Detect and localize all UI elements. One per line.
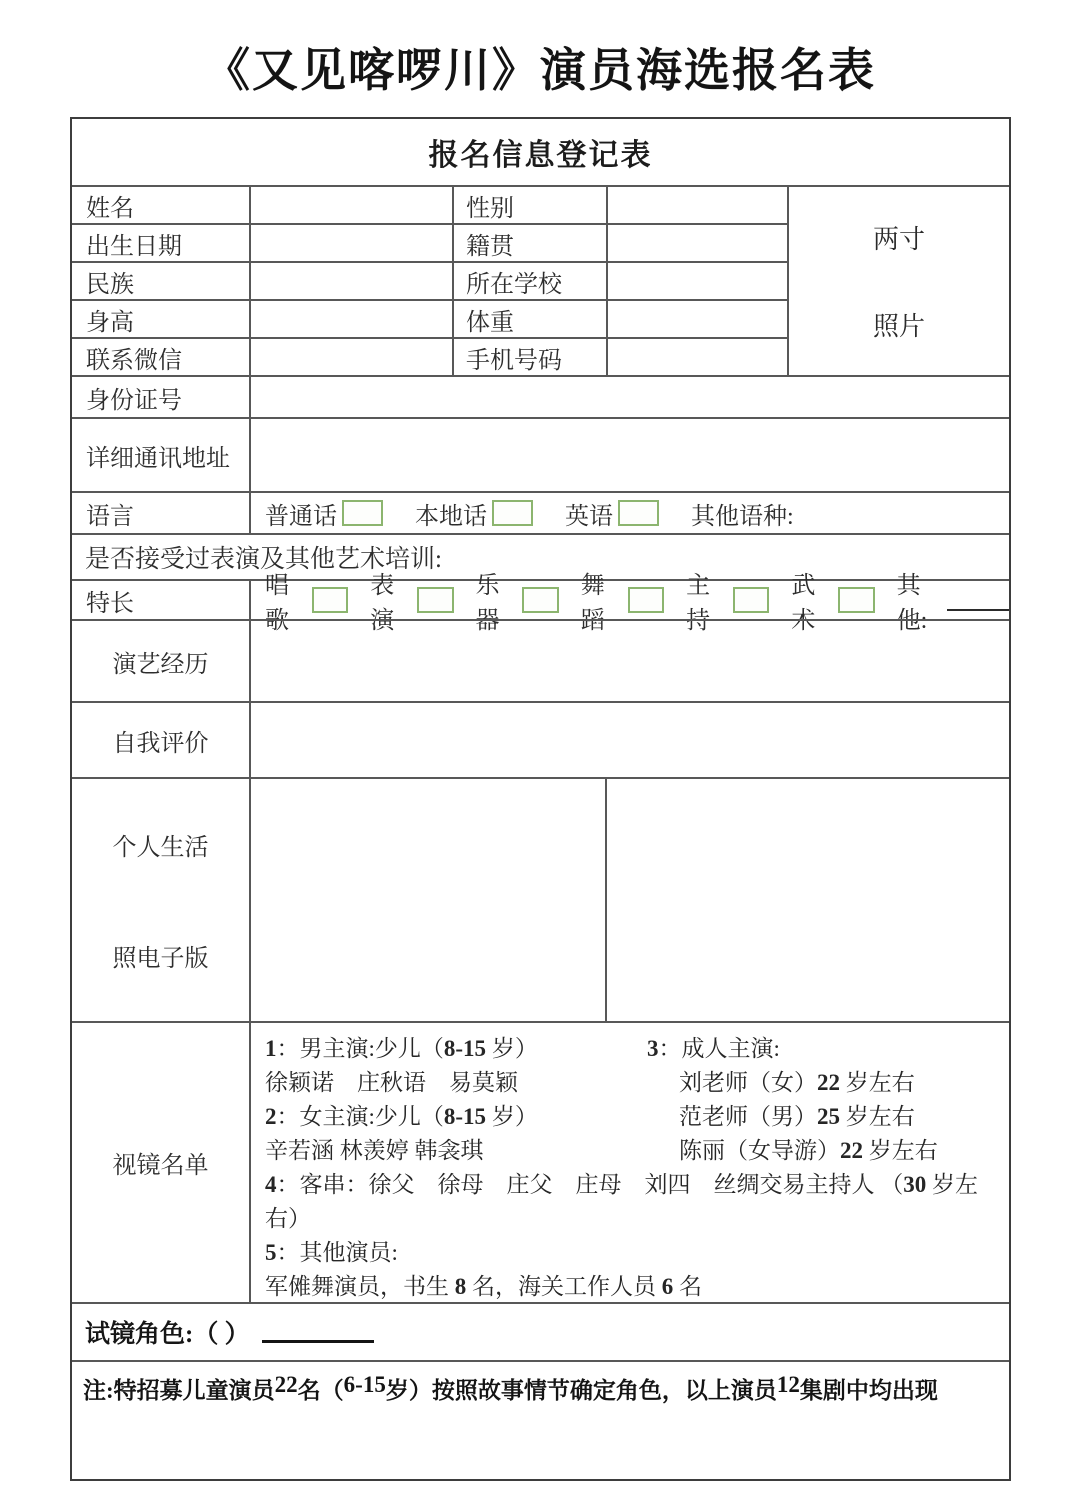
dance-checkbox[interactable] — [628, 587, 664, 613]
table-row: 语言 普通话 本地话 英语 其他语种: — [72, 491, 1009, 533]
experience-value-cell[interactable] — [249, 621, 1009, 701]
school-label: 所在学校 — [452, 263, 606, 299]
address-label: 详细通讯地址 — [72, 419, 249, 491]
hometown-value-cell[interactable] — [606, 225, 787, 261]
mandarin-label: 普通话 — [265, 496, 337, 531]
idcard-label: 身份证号 — [72, 377, 249, 417]
casting-line: 4：客串：徐父 徐母 庄父 庄母 刘四 丝绸交易主持人 （30 岁左 — [265, 1168, 1001, 1202]
casting-line: 右） — [265, 1202, 1001, 1236]
casting-line: 陈丽（女导游）22 岁左右 — [647, 1134, 1001, 1168]
photo-size-label: 两寸 — [873, 219, 925, 256]
table-row: 视镜名单 1：男主演:少儿（8-15 岁） 徐颖诺 庄秋语 易莫颖 2：女主演:… — [72, 1021, 1009, 1302]
table-header: 报名信息登记表 — [72, 119, 1009, 185]
local-dialect-checkbox[interactable] — [492, 500, 533, 526]
specialty-label: 特长 — [72, 581, 249, 619]
life-photo-label: 个人生活 照电子版 — [72, 779, 249, 1021]
table-row: 个人生活 照电子版 — [72, 777, 1009, 1021]
note-text: 注:特招募儿童演员 22 名（6-15 岁）按照故事情节确定角色，以上演员 12… — [72, 1360, 1009, 1479]
casting-line: 5：其他演员: — [265, 1236, 1001, 1270]
table-row: 自我评价 — [72, 701, 1009, 777]
idcard-value-cell[interactable] — [249, 377, 1009, 417]
registration-table: 报名信息登记表 姓名 性别 出生日期 籍贯 民族 所在学校 身高 — [70, 117, 1011, 1481]
photo-label: 照片 — [873, 306, 925, 343]
instrument-checkbox[interactable] — [522, 587, 558, 613]
casting-line: 军傩舞演员，书生 8 名，海关工作人员 6 名 — [265, 1270, 1001, 1304]
table-row: 详细通讯地址 — [72, 417, 1009, 491]
martial-arts-checkbox[interactable] — [838, 587, 874, 613]
self-eval-value-cell[interactable] — [249, 703, 1009, 777]
gender-label: 性别 — [452, 187, 606, 223]
casting-line: 徐颖诺 庄秋语 易莫颖 — [265, 1066, 647, 1100]
casting-line: 1：男主演:少儿（8-15 岁） — [265, 1032, 647, 1066]
other-language-label: 其他语种: — [691, 496, 794, 531]
audition-role-row: 试镜角色:（ ） — [72, 1302, 1009, 1360]
english-checkbox[interactable] — [618, 500, 659, 526]
language-label: 语言 — [72, 493, 249, 533]
english-label: 英语 — [565, 496, 613, 531]
language-options: 普通话 本地话 英语 其他语种: — [249, 493, 1009, 533]
wechat-value-cell[interactable] — [249, 339, 452, 375]
table-row: 出生日期 籍贯 — [72, 223, 787, 261]
hometown-label: 籍贯 — [452, 225, 606, 261]
self-eval-label: 自我评价 — [72, 703, 249, 777]
address-value-cell[interactable] — [249, 419, 1009, 491]
casting-left-column: 1：男主演:少儿（8-15 岁） 徐颖诺 庄秋语 易莫颖 2：女主演:少儿（8-… — [265, 1032, 647, 1168]
birthdate-label: 出生日期 — [72, 225, 249, 261]
casting-list-label: 视镜名单 — [72, 1023, 249, 1302]
ethnicity-label: 民族 — [72, 263, 249, 299]
casting-right-column: 3：成人主演: 刘老师（女）22 岁左右 范老师（男）25 岁左右 陈丽（女导游… — [647, 1032, 1001, 1168]
casting-line: 辛若涵 林羡婷 韩衾琪 — [265, 1134, 647, 1168]
life-photo-label-line2: 照电子版 — [113, 938, 209, 973]
other-specialty-blank[interactable] — [947, 589, 1009, 611]
mandarin-checkbox[interactable] — [342, 500, 383, 526]
table-row: 特长 唱歌 表演 乐器 舞蹈 主持 武术 — [72, 579, 1009, 619]
language-option: 英语 — [565, 496, 659, 531]
audition-role-label: 试镜角色:（ ） — [85, 1314, 250, 1350]
life-photo-right-cell[interactable] — [605, 779, 1009, 1021]
language-option: 本地话 — [415, 496, 533, 531]
table-row: 民族 所在学校 — [72, 261, 787, 299]
casting-columns: 1：男主演:少儿（8-15 岁） 徐颖诺 庄秋语 易莫颖 2：女主演:少儿（8-… — [265, 1032, 1001, 1168]
table-row: 联系微信 手机号码 — [72, 337, 787, 375]
height-label: 身高 — [72, 301, 249, 337]
name-label: 姓名 — [72, 187, 249, 223]
casting-line: 刘老师（女）22 岁左右 — [647, 1066, 1001, 1100]
phone-value-cell[interactable] — [606, 339, 787, 375]
life-photo-left-cell[interactable] — [249, 779, 605, 1021]
experience-label: 演艺经历 — [72, 621, 249, 701]
casting-list-content: 1：男主演:少儿（8-15 岁） 徐颖诺 庄秋语 易莫颖 2：女主演:少儿（8-… — [249, 1023, 1009, 1302]
wechat-label: 联系微信 — [72, 339, 249, 375]
audition-role-blank[interactable] — [262, 1321, 374, 1343]
gender-value-cell[interactable] — [606, 187, 787, 223]
ethnicity-value-cell[interactable] — [249, 263, 452, 299]
local-dialect-label: 本地话 — [415, 496, 487, 531]
casting-line: 3：成人主演: — [647, 1032, 1001, 1066]
height-value-cell[interactable] — [249, 301, 452, 337]
school-value-cell[interactable] — [606, 263, 787, 299]
table-row: 姓名 性别 — [72, 187, 787, 223]
casting-line: 范老师（男）25 岁左右 — [647, 1100, 1001, 1134]
info-block: 姓名 性别 出生日期 籍贯 民族 所在学校 身高 体重 — [72, 185, 1009, 375]
weight-label: 体重 — [452, 301, 606, 337]
name-value-cell[interactable] — [249, 187, 452, 223]
casting-line: 2：女主演:少儿（8-15 岁） — [265, 1100, 647, 1134]
singing-checkbox[interactable] — [312, 587, 348, 613]
phone-label: 手机号码 — [452, 339, 606, 375]
table-row: 演艺经历 — [72, 619, 1009, 701]
birthdate-value-cell[interactable] — [249, 225, 452, 261]
life-photo-label-line1: 个人生活 — [113, 827, 209, 862]
specialty-options: 唱歌 表演 乐器 舞蹈 主持 武术 其他: — [249, 581, 1009, 619]
language-option: 普通话 — [265, 496, 383, 531]
photo-placeholder: 两寸 照片 — [787, 187, 1009, 375]
page-title: 《又见喀啰川》演员海选报名表 — [0, 34, 1080, 100]
hosting-checkbox[interactable] — [733, 587, 769, 613]
table-row: 身高 体重 — [72, 299, 787, 337]
acting-checkbox[interactable] — [417, 587, 453, 613]
weight-value-cell[interactable] — [606, 301, 787, 337]
table-row: 身份证号 — [72, 375, 1009, 417]
info-left: 姓名 性别 出生日期 籍贯 民族 所在学校 身高 体重 — [72, 187, 787, 375]
